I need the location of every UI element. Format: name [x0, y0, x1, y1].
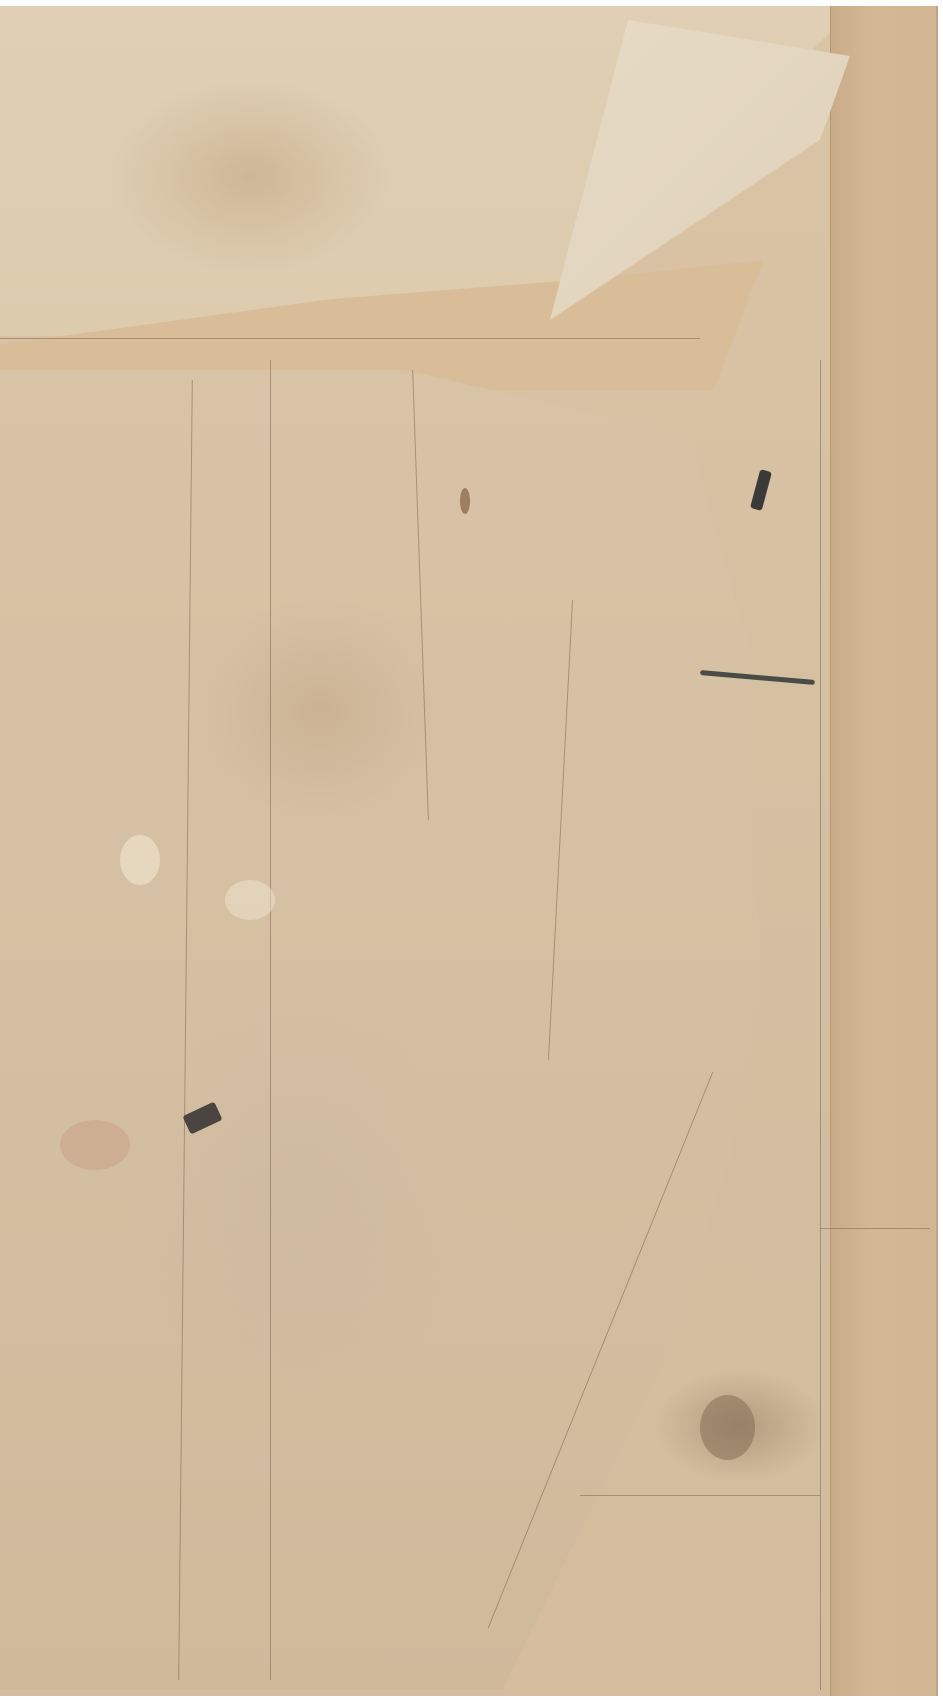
- stain-spot: [700, 1395, 755, 1460]
- patch-edge-line: [0, 338, 700, 339]
- light-blemish: [225, 880, 275, 920]
- binding-seam-line: [820, 1228, 930, 1229]
- binding-edge-line: [820, 360, 821, 1690]
- patch-edge-line: [580, 1495, 820, 1496]
- light-blemish: [120, 835, 160, 885]
- crease-line: [270, 360, 271, 1680]
- stain-spot: [460, 488, 470, 514]
- binding-strip: [830, 6, 936, 1696]
- stain-spot: [60, 1120, 130, 1170]
